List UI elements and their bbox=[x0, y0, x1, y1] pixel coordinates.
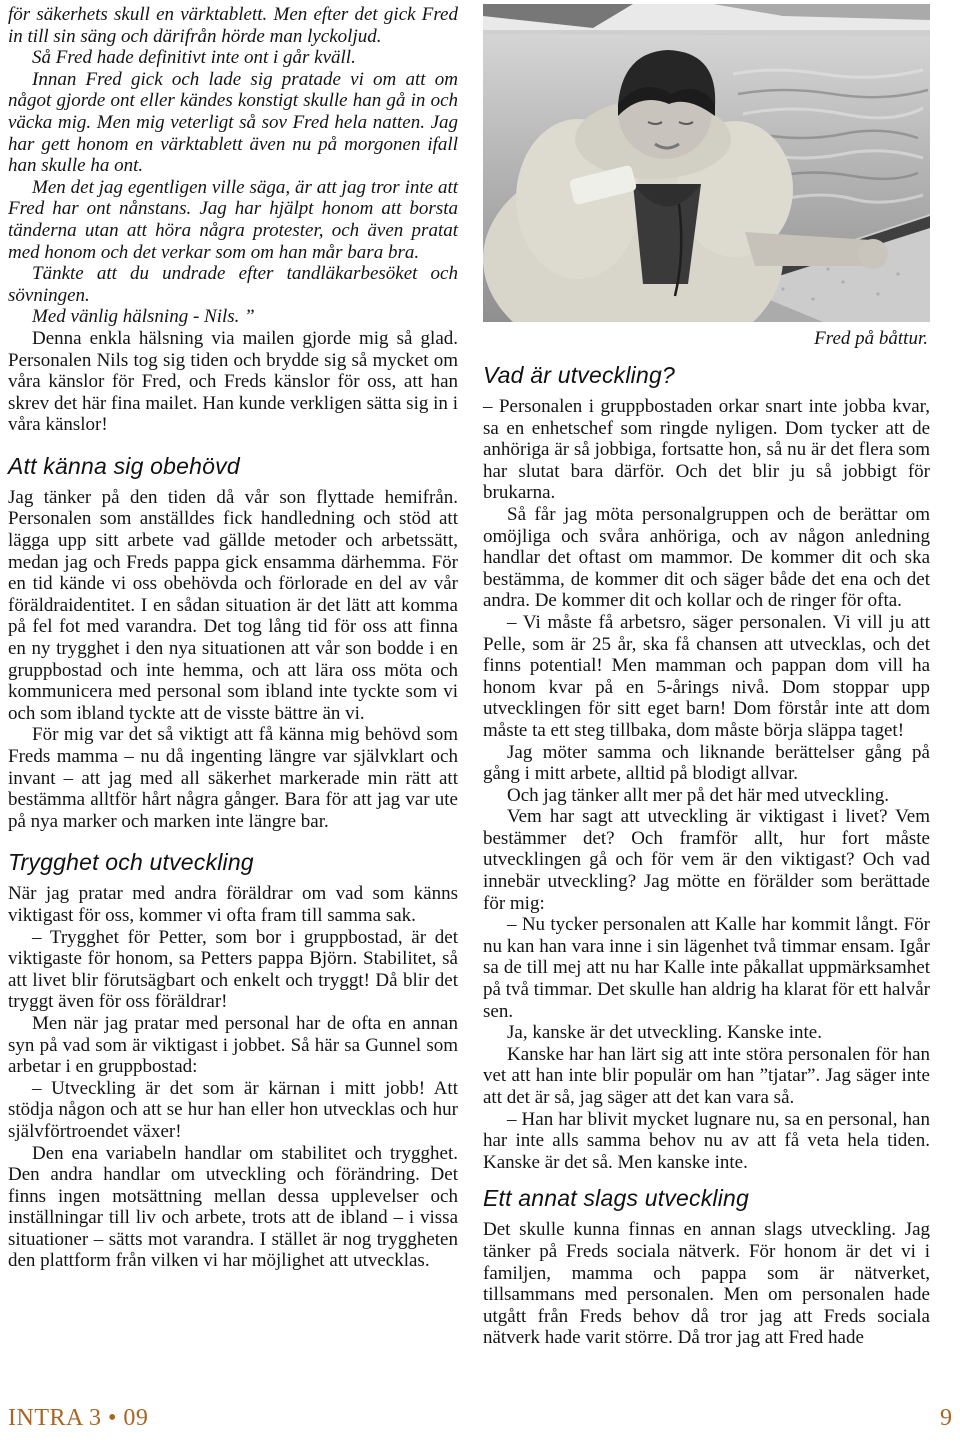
footer-issue-label: INTRA 3 • 09 bbox=[8, 1405, 148, 1432]
section-heading: Vad är utveckling? bbox=[483, 362, 930, 388]
paragraph: – Trygghet för Petter, som bor i gruppbo… bbox=[8, 927, 458, 1013]
paragraph: När jag pratar med andra föräldrar om va… bbox=[8, 883, 458, 926]
right-column: Fred på båttur. Vad är utveckling?– Pers… bbox=[483, 4, 930, 1349]
paragraph: – Nu tycker personalen att Kalle har kom… bbox=[483, 914, 930, 1022]
photo-figure: Fred på båttur. bbox=[483, 4, 930, 350]
section-heading: Trygghet och utveckling bbox=[8, 849, 458, 875]
paragraph: för säkerhets skull en värktablett. Men … bbox=[8, 4, 458, 47]
paragraph: – Utveckling är det som är kärnan i mitt… bbox=[8, 1078, 458, 1143]
section-heading: Att känna sig obehövd bbox=[8, 453, 458, 479]
paragraph: – Personalen i gruppbostaden orkar snart… bbox=[483, 396, 930, 504]
paragraph: Tänkte att du undrade efter tandläkarbes… bbox=[8, 263, 458, 306]
fred-photo bbox=[483, 4, 930, 322]
paragraph: Vem har sagt att utveckling är viktigast… bbox=[483, 806, 930, 914]
paragraph: Men det jag egentligen ville säga, är at… bbox=[8, 177, 458, 263]
paragraph: Men när jag pratar med personal har de o… bbox=[8, 1013, 458, 1078]
paragraph: Denna enkla hälsning via mailen gjorde m… bbox=[8, 328, 458, 436]
paragraph: – Han har blivit mycket lugnare nu, sa e… bbox=[483, 1109, 930, 1174]
paragraph: Det skulle kunna finnas en annan slags u… bbox=[483, 1219, 930, 1349]
paragraph: Den ena variabeln handlar om stabilitet … bbox=[8, 1143, 458, 1273]
page-footer: INTRA 3 • 09 9 bbox=[0, 1405, 960, 1437]
paragraph: Jag tänker på den tiden då vår son flytt… bbox=[8, 487, 458, 725]
paragraph: Kanske har han lärt sig att inte störa p… bbox=[483, 1044, 930, 1109]
section-heading: Ett annat slags utveckling bbox=[483, 1185, 930, 1211]
footer-page-number: 9 bbox=[940, 1405, 952, 1432]
paragraph: Med vänlig hälsning - Nils. ” bbox=[8, 306, 458, 328]
paragraph: För mig var det så viktigt att få känna … bbox=[8, 724, 458, 832]
paragraph: Så Fred hade definitivt inte ont i går k… bbox=[8, 47, 458, 69]
paragraph: Så får jag möta personalgruppen och de b… bbox=[483, 504, 930, 612]
right-column-text: Vad är utveckling?– Personalen i gruppbo… bbox=[483, 362, 930, 1349]
paragraph: – Vi måste få arbetsro, säger personalen… bbox=[483, 612, 930, 742]
paragraph: Och jag tänker allt mer på det här med u… bbox=[483, 785, 930, 807]
paragraph: Innan Fred gick och lade sig pratade vi … bbox=[8, 69, 458, 177]
magazine-page: för säkerhets skull en värktablett. Men … bbox=[0, 0, 960, 1442]
left-column: för säkerhets skull en värktablett. Men … bbox=[8, 4, 458, 1272]
paragraph: Jag möter samma och liknande berättelser… bbox=[483, 742, 930, 785]
photo-caption: Fred på båttur. bbox=[483, 328, 928, 350]
paragraph: Ja, kanske är det utveckling. Kanske int… bbox=[483, 1022, 930, 1044]
